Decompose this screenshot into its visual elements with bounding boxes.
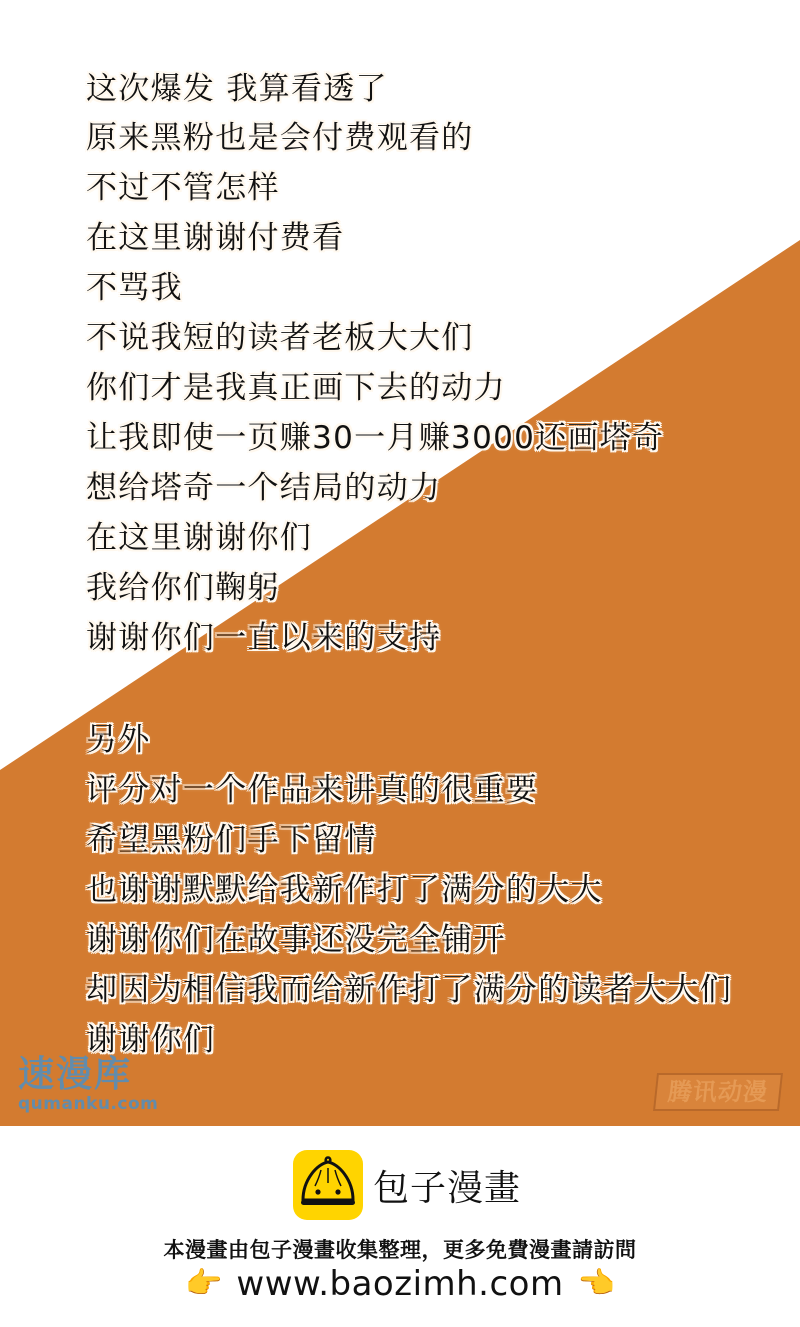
message-line: 想给塔奇一个结局的动力 (86, 468, 441, 508)
baozi-bun-icon (293, 1150, 363, 1220)
url-row: 👉 www.baozimh.com 👈 (0, 1264, 800, 1304)
pointing-left-hand-icon: 👈 (578, 1267, 615, 1301)
message-line: 另外 (86, 720, 151, 760)
message-line: 原来黑粉也是会付费观看的 (86, 118, 474, 158)
watermark-url: qumanku.com (18, 1095, 158, 1113)
message-line: 评分对一个作品来讲真的很重要 (86, 770, 538, 810)
message-line: 不说我短的读者老板大大们 (86, 318, 474, 358)
message-line: 在这里谢谢付费看 (86, 218, 344, 258)
message-line: 我给你们鞠躬 (86, 568, 280, 608)
message-line: 希望黑粉们手下留情 (86, 820, 377, 860)
brand-logo[interactable]: 包子漫畫 (293, 1150, 521, 1220)
message-line: 你们才是我真正画下去的动力 (86, 368, 506, 408)
message-line: 让我即使一页赚30一月赚3000还画塔奇 (86, 418, 664, 458)
message-line: 不过不管怎样 (86, 168, 280, 208)
footer-subtitle: 本漫畫由包子漫畫收集整理，更多免費漫畫請訪問 (0, 1234, 800, 1264)
message-line: 不骂我 (86, 268, 183, 308)
message-line: 也谢谢默默给我新作打了满分的大大 (86, 870, 603, 910)
tencent-comics-watermark: 腾讯动漫 (653, 1073, 783, 1111)
brand-name: 包子漫畫 (373, 1160, 521, 1211)
message-line: 谢谢你们在故事还没完全铺开 (86, 920, 506, 960)
comic-panel: 这次爆发 我算看透了 原来黑粉也是会付费观看的 不过不管怎样 在这里谢谢付费看 … (0, 0, 800, 1126)
watermark-title: 速漫库 (18, 1055, 158, 1095)
site-footer: 包子漫畫 本漫畫由包子漫畫收集整理，更多免費漫畫請訪問 👉 www.baozim… (0, 1126, 800, 1327)
pointing-right-hand-icon: 👉 (185, 1267, 222, 1301)
site-url-link[interactable]: www.baozimh.com (236, 1264, 563, 1304)
message-line: 却因为相信我而给新作打了满分的读者大大们 (86, 970, 732, 1010)
qumanku-watermark: 速漫库 qumanku.com (18, 1055, 158, 1113)
message-line: 在这里谢谢你们 (86, 518, 312, 558)
message-line: 谢谢你们一直以来的支持 (86, 618, 441, 658)
message-line: 这次爆发 我算看透了 (86, 69, 388, 109)
